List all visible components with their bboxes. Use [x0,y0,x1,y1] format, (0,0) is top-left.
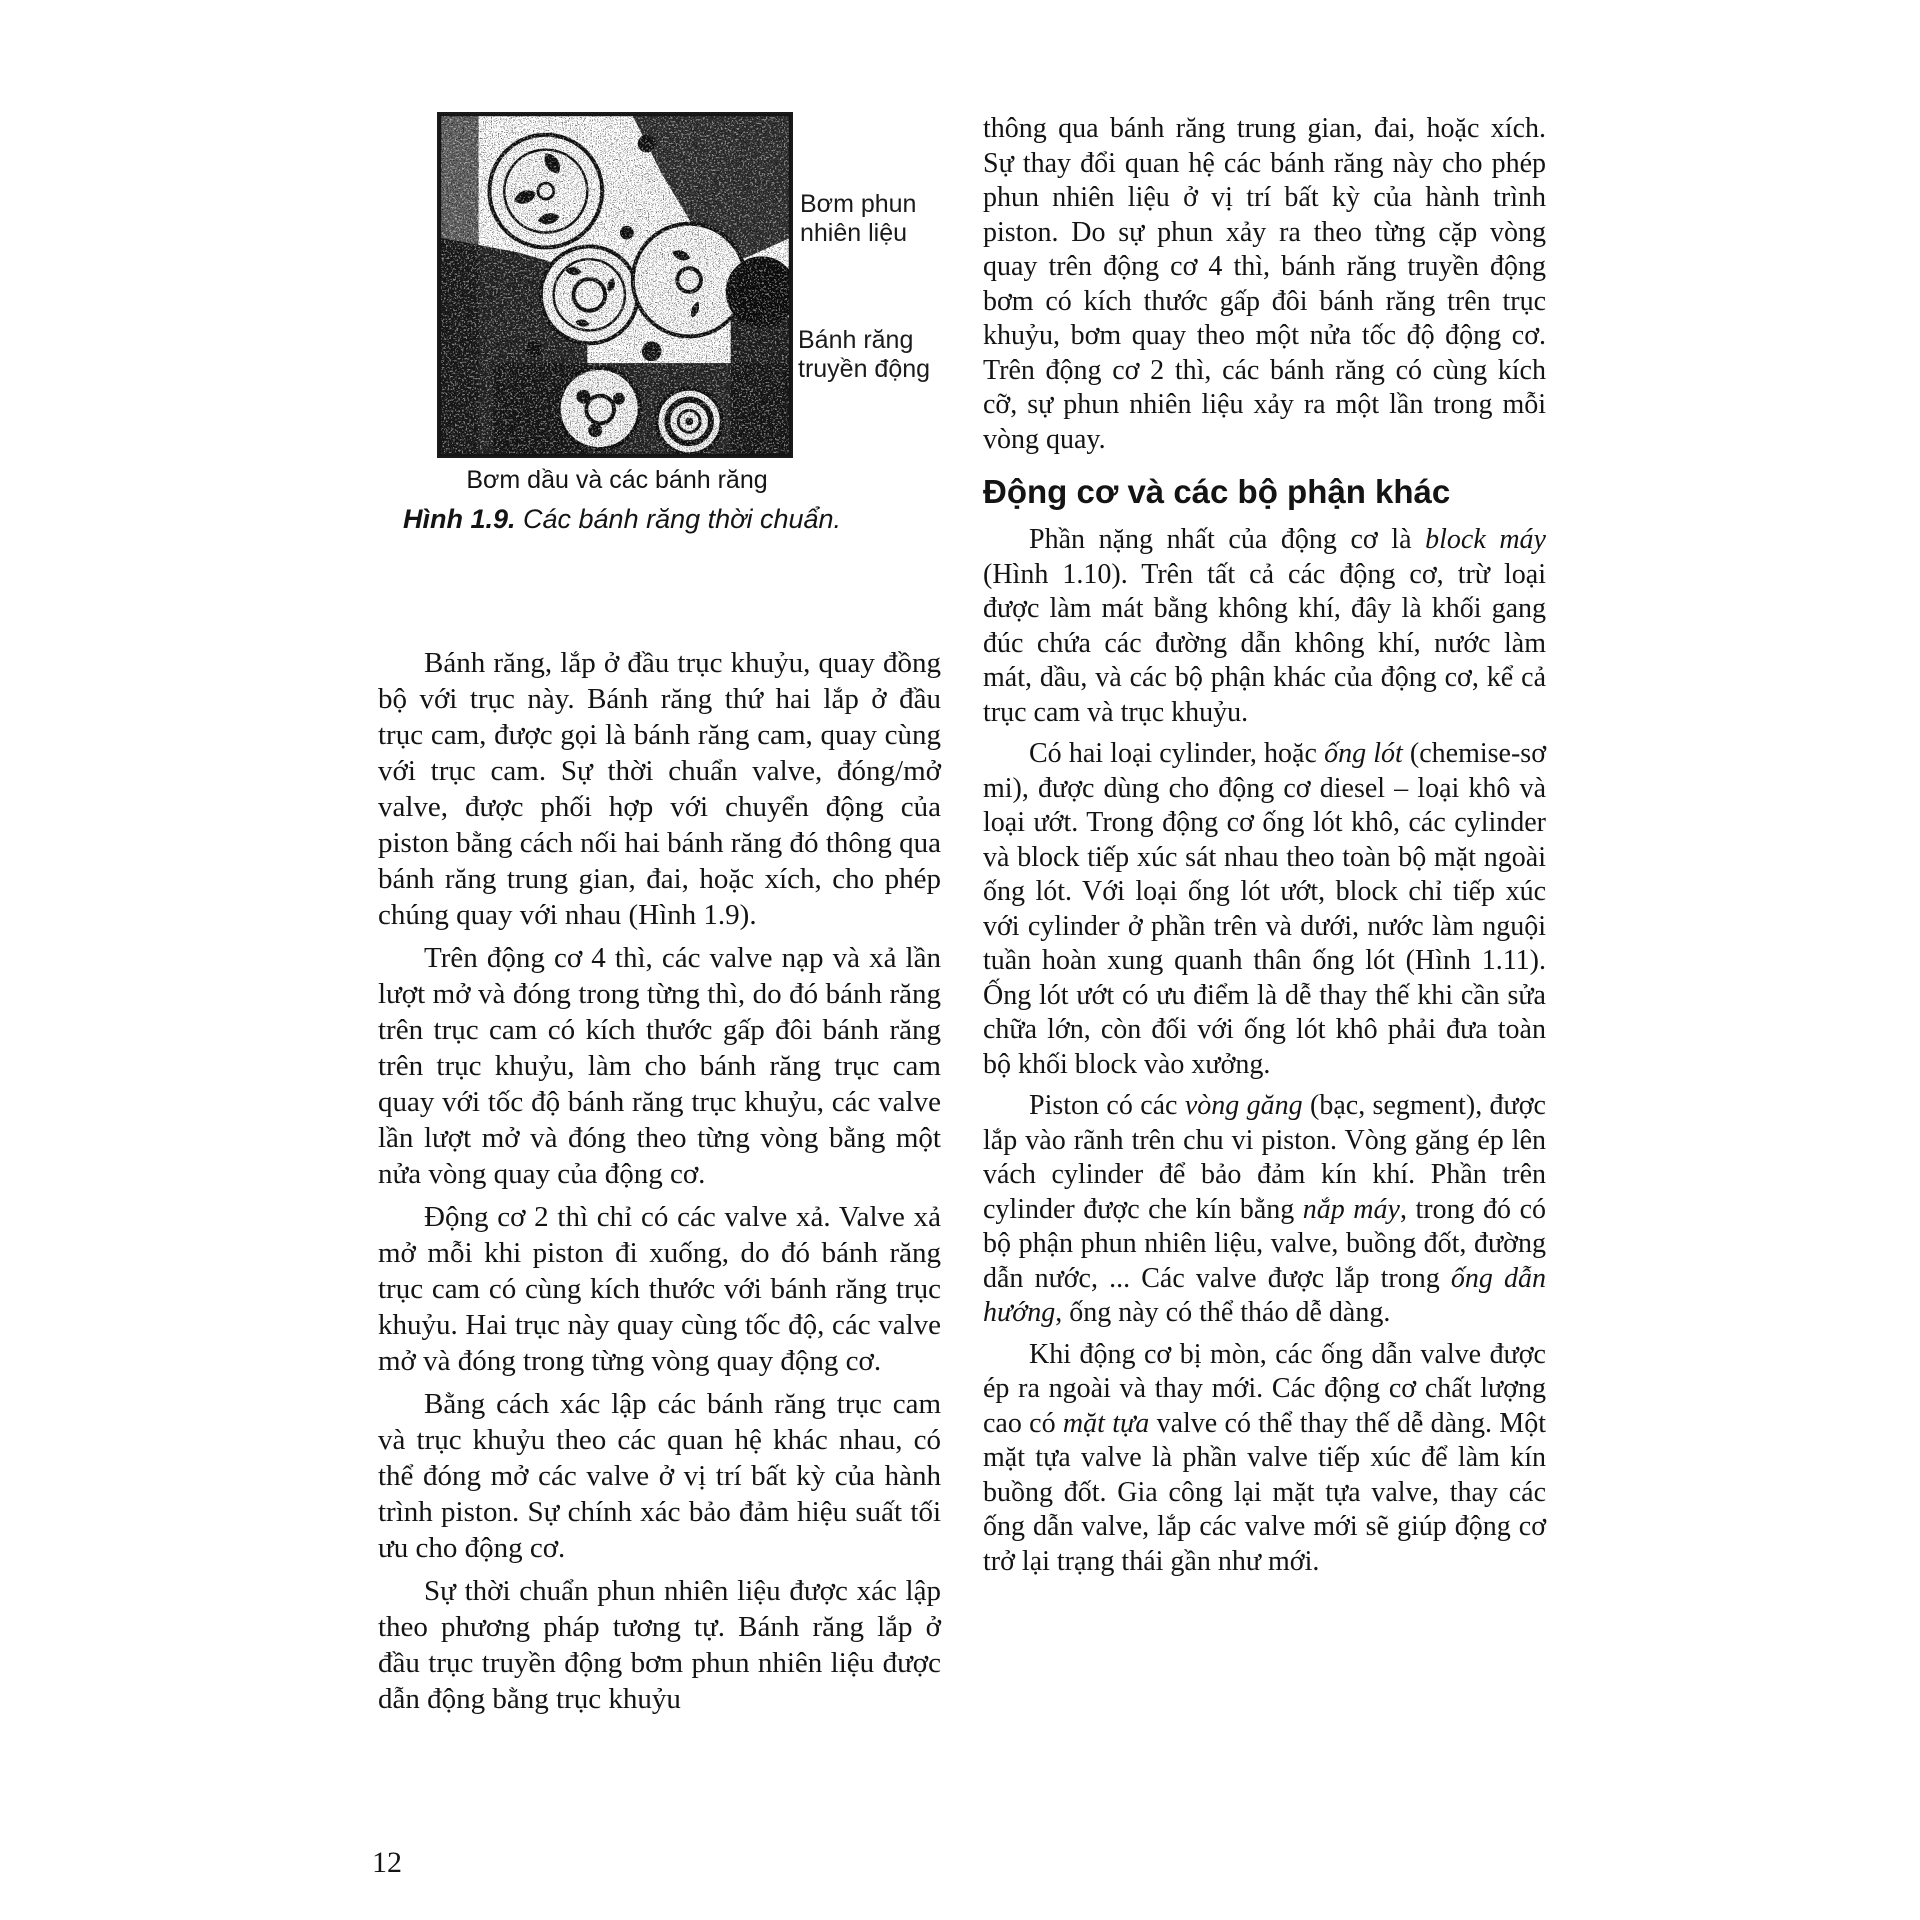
paragraph: Phần nặng nhất của động cơ là block máy … [983,523,1546,730]
figure-caption: Hình 1.9. Các bánh răng thời chuẩn. [357,504,887,535]
figure-caption-title: Các bánh răng thời chuẩn. [516,504,842,534]
figure-label-fuel-pump: Bơm phun nhiên liệu [800,190,945,248]
figure-label-drive-gear: Bánh răng truyền động [798,326,958,384]
figure-photo-caption: Bơm dầu và các bánh răng [437,466,797,495]
paragraph: Sự thời chuẩn phun nhiên liệu được xác l… [378,1573,941,1717]
paragraph: Động cơ 2 thì chỉ có các valve xả. Valve… [378,1199,941,1379]
paragraph: Bánh răng, lắp ở đầu trục khuỷu, quay đồ… [378,645,941,933]
left-column: Bánh răng, lắp ở đầu trục khuỷu, quay đồ… [378,645,941,1724]
page-number: 12 [372,1846,402,1880]
section-heading: Động cơ và các bộ phận khác [983,473,1546,511]
paragraph: Khi động cơ bị mòn, các ống dẫn valve đư… [983,1338,1546,1580]
paragraph: Trên động cơ 4 thì, các valve nạp và xả … [378,940,941,1192]
figure-1-9 [437,112,793,458]
figure-caption-number: Hình 1.9. [403,504,516,534]
timing-gears-photo [439,114,791,456]
paragraph: thông qua bánh răng trung gian, đai, hoặ… [983,112,1546,457]
paragraph: Có hai loại cylinder, hoặc ống lót (chem… [983,737,1546,1082]
paragraph: Bằng cách xác lập các bánh răng trục cam… [378,1386,941,1566]
right-column: thông qua bánh răng trung gian, đai, hoặ… [983,112,1546,1586]
right-column-body: Phần nặng nhất của động cơ là block máy … [983,523,1546,1579]
paragraph: Piston có các vòng găng (bạc, segment), … [983,1089,1546,1331]
page: Bơm phun nhiên liệu Bánh răng truyền độn… [0,0,1920,1920]
right-column-continuation: thông qua bánh răng trung gian, đai, hoặ… [983,112,1546,457]
